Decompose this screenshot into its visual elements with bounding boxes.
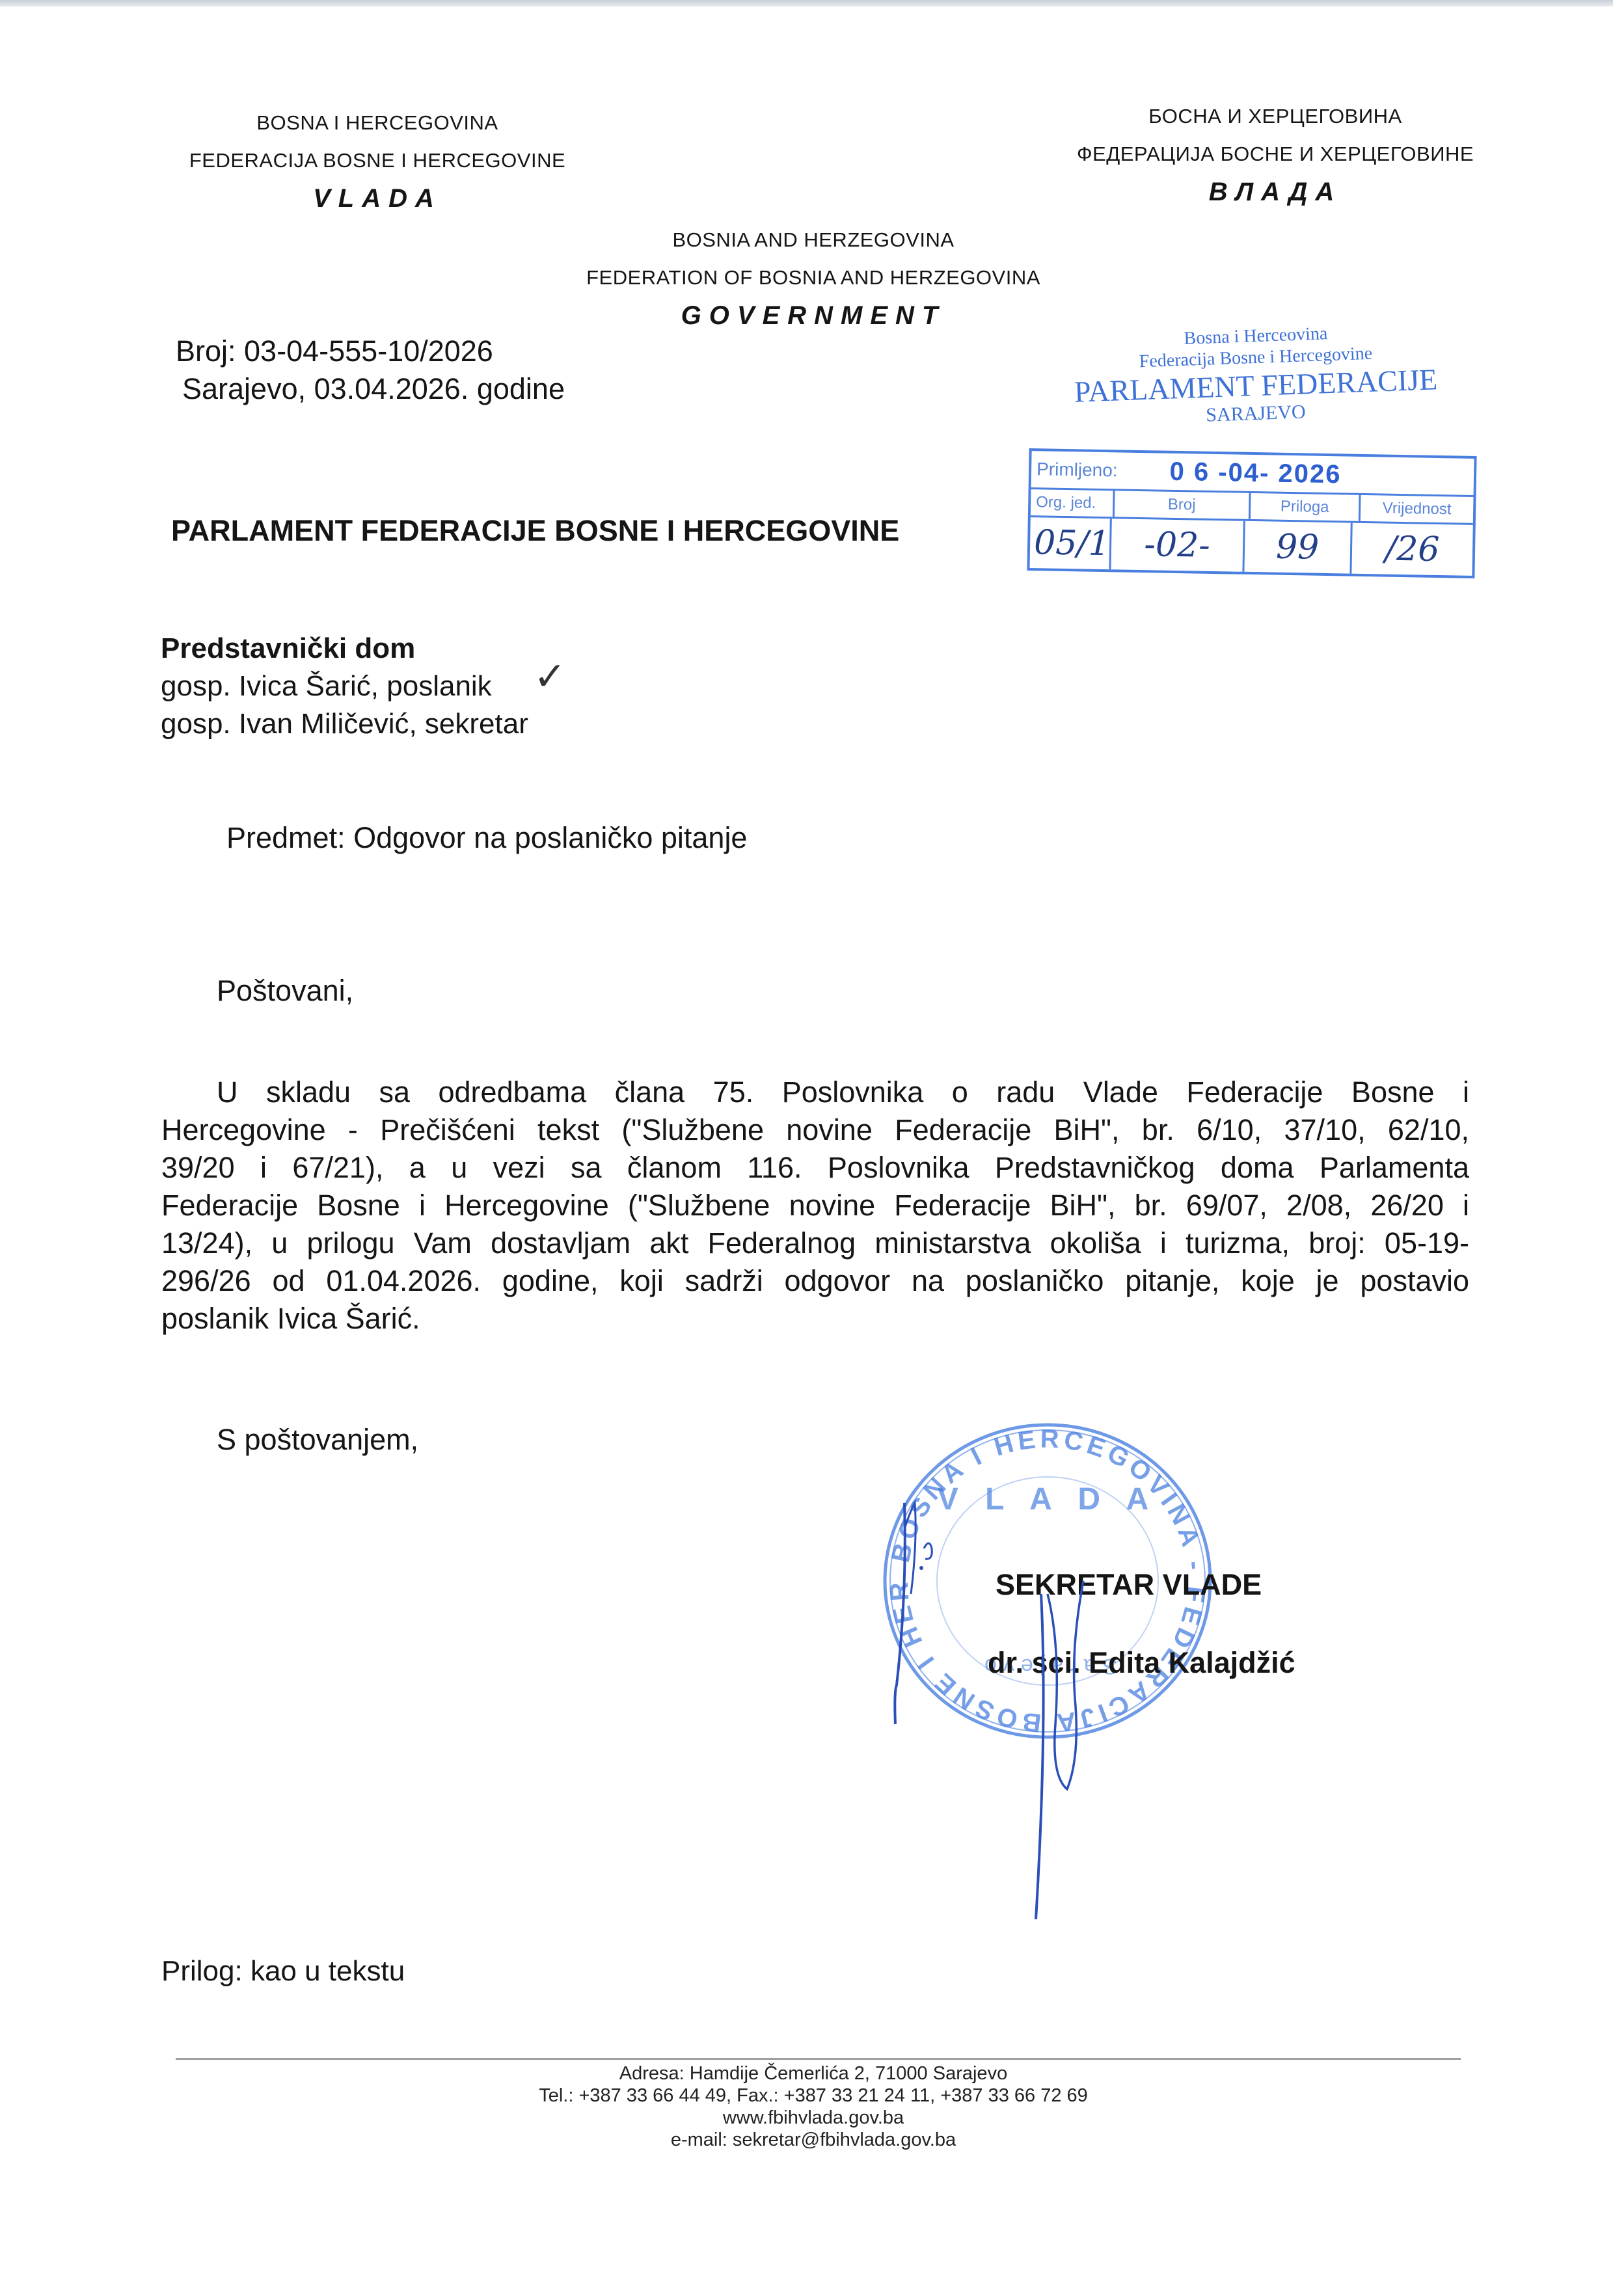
body-line: poslanik Ivica Šarić. bbox=[161, 1300, 1469, 1338]
header-center-country: BOSNIA AND HERZEGOVINA bbox=[560, 221, 1067, 259]
greeting: Poštovani, bbox=[217, 974, 353, 1008]
body-line: Federacije Bosne i Hercegovine ("Služben… bbox=[161, 1187, 1469, 1224]
stamp-received-label: Primljeno: bbox=[1037, 459, 1118, 481]
footer-phone: Tel.: +387 33 66 44 49, Fax.: +387 33 21… bbox=[455, 2085, 1171, 2107]
stamp-values-row: 05/1 -02- 99 /26 bbox=[1029, 517, 1472, 576]
footer-divider bbox=[176, 2058, 1461, 2060]
reference-place-date: Sarajevo, 03.04.2026. godine bbox=[182, 370, 565, 409]
header-left-government: VLADA bbox=[156, 180, 599, 217]
body-line: U skladu sa odredbama člana 75. Poslovni… bbox=[161, 1074, 1469, 1111]
header-left-federation: FEDERACIJA BOSNE I HERCEGOVINE bbox=[156, 142, 599, 180]
attachment-note: Prilog: kao u tekstu bbox=[161, 1955, 405, 1988]
stamp-val-org: 05/1 bbox=[1029, 517, 1111, 569]
stamp-col-number: Broj bbox=[1115, 491, 1251, 519]
footer: Adresa: Hamdije Čemerlića 2, 71000 Saraj… bbox=[455, 2062, 1171, 2151]
stamp-val-value: /26 bbox=[1351, 523, 1472, 576]
handwritten-signature-icon bbox=[885, 1451, 1210, 1919]
body-paragraph: U skladu sa odredbama člana 75. Poslovni… bbox=[161, 1074, 1469, 1338]
body-line: 296/26 od 01.04.2026. godine, koji sadrž… bbox=[161, 1262, 1469, 1300]
header-left: BOSNA I HERCEGOVINA FEDERACIJA BOSNE I H… bbox=[156, 104, 599, 217]
footer-website[interactable]: www.fbihvlada.gov.ba bbox=[455, 2107, 1171, 2129]
header-right-government: ВЛАДА bbox=[1067, 173, 1484, 211]
header-left-country: BOSNA I HERCEGOVINA bbox=[156, 104, 599, 142]
header-right: БОСНА И ХЕРЦЕГОВИНА ФЕДЕРАЦИЈА БОСНЕ И Х… bbox=[1067, 98, 1484, 211]
stamp-registry-table: Primljeno: 0 6 -04- 2026 Org. jed. Broj … bbox=[1027, 448, 1476, 578]
stamp-col-attachments: Priloga bbox=[1251, 493, 1361, 521]
reference-number: Broj: 03-04-555-10/2026 bbox=[176, 332, 493, 371]
stamp-val-number: -02- bbox=[1111, 519, 1245, 572]
recipient-house: Predstavnički dom bbox=[161, 632, 415, 665]
recipient-addressee-1: gosp. Ivica Šarić, poslanik bbox=[161, 670, 492, 703]
body-line: 39/20 i 67/21), a u vezi sa članom 116. … bbox=[161, 1149, 1469, 1187]
footer-email[interactable]: e-mail: sekretar@fbihvlada.gov.ba bbox=[455, 2129, 1171, 2151]
closing: S poštovanjem, bbox=[217, 1423, 418, 1457]
recipient-addressee-2: gosp. Ivan Miličević, sekretar bbox=[161, 708, 528, 740]
footer-address: Adresa: Hamdije Čemerlića 2, 71000 Saraj… bbox=[455, 2062, 1171, 2085]
header-center-federation: FEDERATION OF BOSNIA AND HERZEGOVINA bbox=[560, 259, 1067, 297]
recipient-institution: PARLAMENT FEDERACIJE BOSNE I HERCEGOVINE bbox=[171, 514, 899, 548]
header-center: BOSNIA AND HERZEGOVINA FEDERATION OF BOS… bbox=[560, 221, 1067, 334]
stamp-val-attachments: 99 bbox=[1244, 521, 1352, 574]
stamp-col-org: Org. jed. bbox=[1031, 489, 1115, 517]
header-right-country: БОСНА И ХЕРЦЕГОВИНА bbox=[1067, 98, 1484, 135]
body-line: Hercegovine - Prečišćeni tekst ("Služben… bbox=[161, 1111, 1469, 1149]
header-right-federation: ФЕДЕРАЦИЈА БОСНЕ И ХЕРЦЕГОВИНЕ bbox=[1067, 135, 1484, 173]
scan-edge bbox=[0, 0, 1613, 7]
stamp-received-date: 0 6 -04- 2026 bbox=[1169, 457, 1342, 489]
subject-line: Predmet: Odgovor na poslaničko pitanje bbox=[226, 821, 747, 855]
check-mark-icon: ✓ bbox=[534, 654, 566, 699]
header-center-government: GOVERNMENT bbox=[560, 297, 1067, 334]
body-line: 13/24), u prilogu Vam dostavljam akt Fed… bbox=[161, 1224, 1469, 1262]
stamp-col-value: Vrijednost bbox=[1361, 495, 1474, 523]
received-stamp: Bosna i Herceovina Federacija Bosne i He… bbox=[1028, 325, 1484, 424]
